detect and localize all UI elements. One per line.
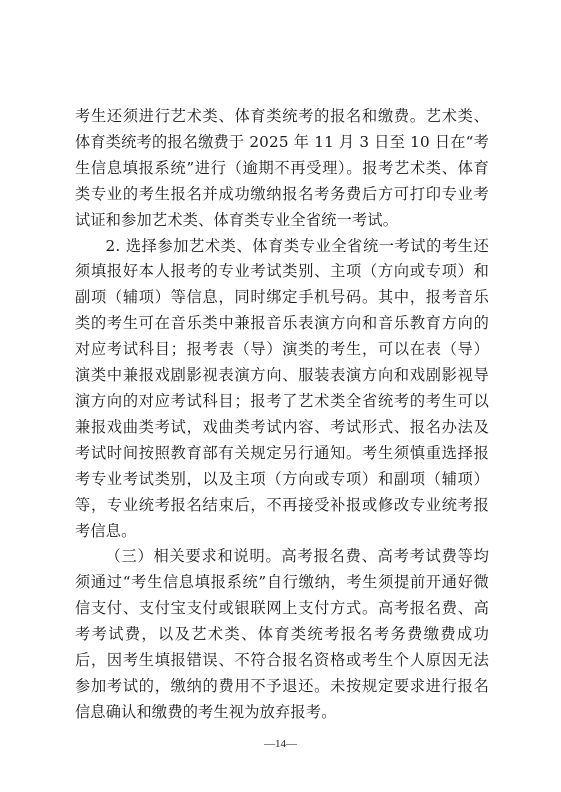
document-page: 考生还须进行艺术类、体育类统考的报名和缴费。艺术类、体育类统考的报名缴费于 20… [0, 0, 561, 792]
page-number: —14— [0, 738, 561, 750]
paragraph-requirements-notes: （三）相关要求和说明。高考报名费、高考考试费等均须通过“考生信息填报系统”自行缴… [75, 544, 489, 725]
document-body: 考生还须进行艺术类、体育类统考的报名和缴费。艺术类、体育类统考的报名缴费于 20… [75, 104, 489, 726]
paragraph-art-sports-exam-selection: 2. 选择参加艺术类、体育类专业全省统一考试的考生还须填报好本人报考的专业考试类… [75, 234, 489, 545]
paragraph-registration-fee: 考生还须进行艺术类、体育类统考的报名和缴费。艺术类、体育类统考的报名缴费于 20… [75, 104, 489, 234]
